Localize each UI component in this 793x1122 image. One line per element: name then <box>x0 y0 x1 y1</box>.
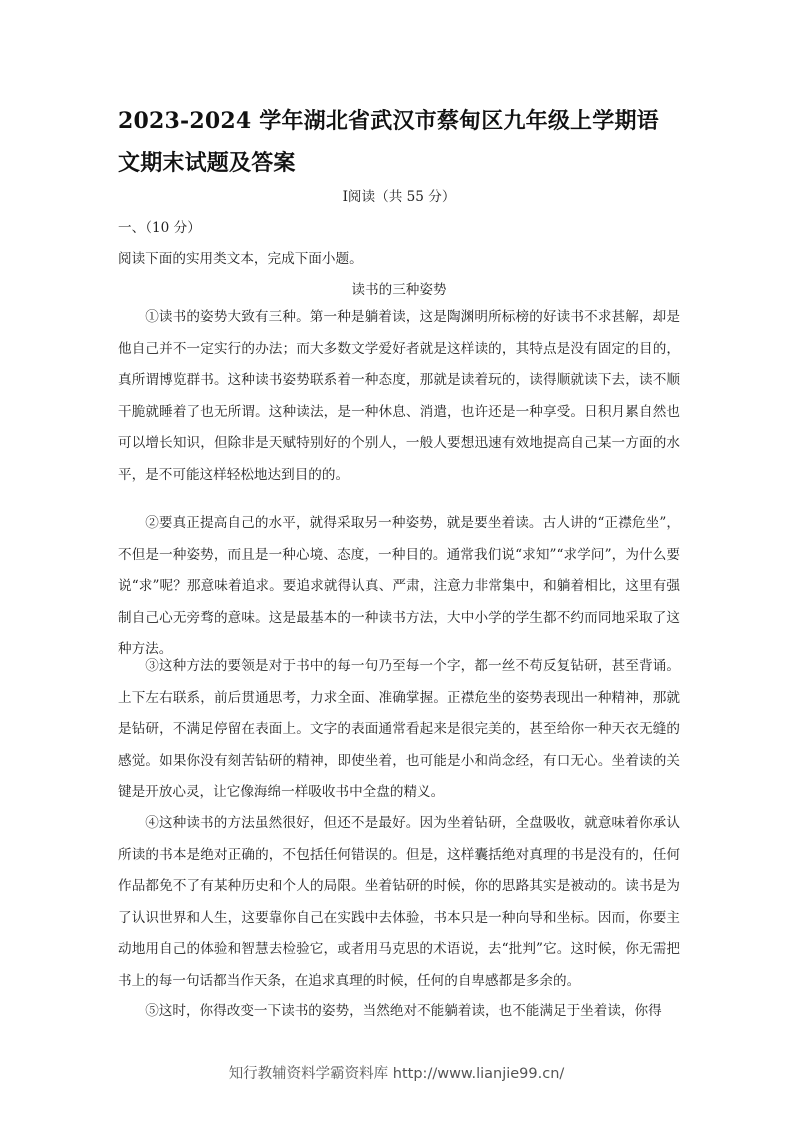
paragraph-3: ③这种方法的要领是对于书中的每一句乃至每一个字，都一丝不苟反复钻研，甚至背诵。上… <box>118 651 680 809</box>
paragraph-4: ④这种读书的方法虽然很好，但还不是最好。因为坐着钻研，全盘吸收，就意味着你承认所… <box>118 808 680 997</box>
question-label: 一、（10 分） <box>118 218 680 238</box>
document-title: 2023-2024 学年湖北省武汉市蔡甸区九年级上学期语文期末试题及答案 <box>118 100 680 184</box>
footer-watermark: 知行教辅资料学霸资料库 http://www.lianjie99.cn/ <box>0 1062 793 1083</box>
article-title: 读书的三种姿势 <box>118 280 680 300</box>
paragraph-1: ①读书的姿势大致有三种。第一种是躺着读，这是陶渊明所标榜的好读书不求甚解，却是他… <box>118 302 680 491</box>
paragraph-2: ②要真正提高自己的水平，就得采取另一种姿势，就是要坐着读。古人讲的“正襟危坐”，… <box>118 508 680 666</box>
paragraph-5: ⑤这时，你得改变一下读书的姿势，当然绝对不能躺着读，也不能满足于坐着读，你得 <box>118 996 680 1028</box>
section-header: Ⅰ阅读（共 55 分） <box>118 187 680 207</box>
instruction-text: 阅读下面的实用类文本，完成下面小题。 <box>118 249 680 269</box>
